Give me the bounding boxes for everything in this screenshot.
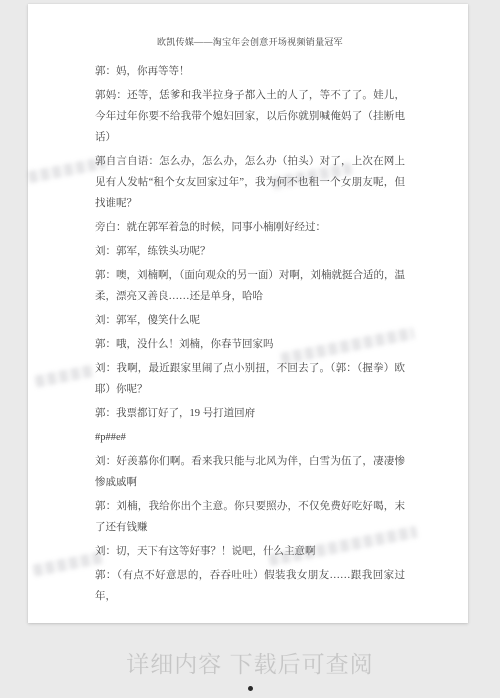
watermark	[34, 364, 95, 387]
watermark	[32, 551, 103, 576]
script-line: 旁白：就在郭军着急的时候，同事小楠刚好经过：	[95, 217, 405, 238]
script-line: 郭妈：还等，恁爹和我半拉身子都入土的人了，等不了了。娃儿，今年过年你要不给我带个…	[95, 85, 405, 148]
script-line: 郭：（有点不好意思的，吞吞吐吐）假装我女朋友……跟我回家过年，	[95, 565, 405, 607]
script-line: 郭自言自语：怎么办，怎么办，怎么办（拍头）对了，上次在网上见有人发帖“租个女友回…	[95, 151, 405, 214]
script-line: 郭：妈，你再等等！	[95, 61, 405, 82]
script-line: 刘：切，天下有这等好事？！说吧，什么主意啊	[95, 541, 405, 562]
preview-canvas: 欧凯传媒——淘宝年会创意开场视频销量冠军 郭：妈，你再等等！ 郭妈：还等，恁爹和…	[0, 0, 500, 698]
script-line: 郭：刘楠，我给你出个主意。你只要照办，不仅免费好吃好喝，末了还有钱赚	[95, 496, 405, 538]
download-notice-text: 详细内容 下载后可查阅	[0, 650, 500, 678]
script-line: 郭：哦，没什么！刘楠，你春节回家吗	[95, 334, 405, 355]
carousel-dot-indicator[interactable]	[248, 686, 253, 691]
script-line: 刘：我啊，最近跟家里闹了点小别扭，不回去了。（郭：（握拳）欧耶）你呢？	[95, 358, 405, 400]
script-line: 刘：郭军，傻笑什么呢	[95, 310, 405, 331]
script-line: #p##e#	[95, 427, 405, 448]
document-preview-page: 欧凯传媒——淘宝年会创意开场视频销量冠军 郭：妈，你再等等！ 郭妈：还等，恁爹和…	[28, 4, 468, 623]
script-line: 郭：噢，刘楠啊，（面向观众的另一面）对啊，刘楠就挺合适的，温柔，漂亮又善良……还…	[95, 265, 405, 307]
script-line: 刘：郭军，练铁头功呢？	[95, 241, 405, 262]
script-line: 郭：我票都订好了，19 号打道回府	[95, 403, 405, 424]
document-title: 欧凯传媒——淘宝年会创意开场视频销量冠军	[95, 36, 405, 48]
script-line: 刘：好羡慕你们啊。看来我只能与北风为伴，白雪为伍了，凄凄惨惨戚戚啊	[95, 451, 405, 493]
